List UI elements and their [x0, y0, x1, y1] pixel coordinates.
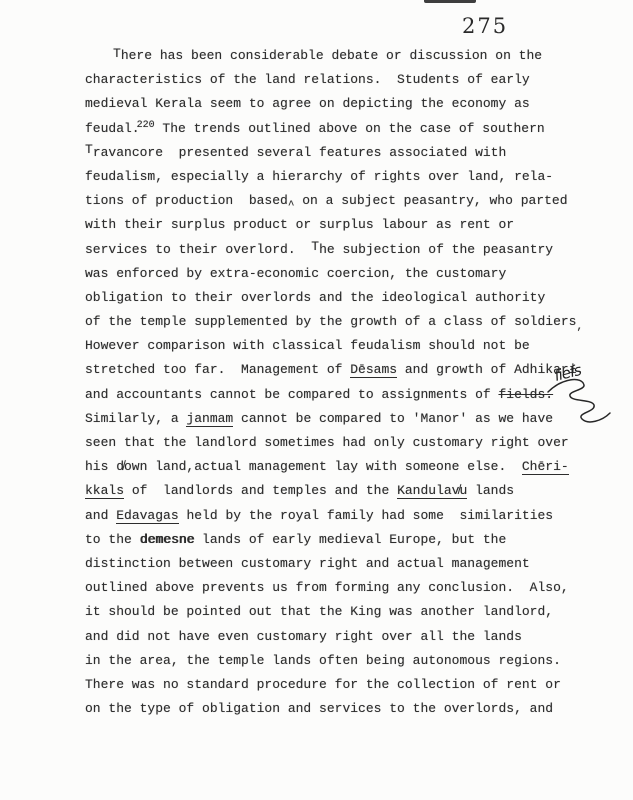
text-line: on the type of obligation and services t… [85, 697, 595, 721]
text-line: and Edavagas held by the royal family ha… [85, 504, 595, 528]
text-segment: distinction between customary right and … [85, 556, 530, 571]
text-line: However comparison with classical feudal… [85, 334, 595, 358]
text-segment: to the [85, 532, 140, 547]
text-segment-raise: T [85, 142, 93, 157]
text-segment-u: Edavagas [116, 508, 178, 524]
text-segment: However comparison with classical feudal… [85, 338, 530, 353]
text-segment: medieval Kerala seem to agree on depicti… [85, 96, 530, 111]
text-line: Travancore presented several features as… [85, 141, 595, 165]
text-segment: feudalism, especially a hierarchy of rig… [85, 169, 553, 184]
text-line: feudalism, especially a hierarchy of rig… [85, 165, 595, 189]
text-line: and did not have even customary right ov… [85, 625, 595, 649]
text-line: There has been considerable debate or di… [85, 44, 595, 68]
text-segment-raise: T [113, 46, 121, 61]
text-segment-raise: T [311, 239, 319, 254]
handwritten-correction: fiefs [538, 362, 628, 432]
text-line: seen that the landlord sometimes had onl… [85, 431, 595, 455]
text-segment-u: Kandulav̸u [397, 483, 467, 499]
text-segment-u: janmam [186, 411, 233, 427]
text-segment: and accountants cannot be compared to as… [85, 387, 498, 402]
text-line: in the area, the temple lands often bein… [85, 649, 595, 673]
text-segment-ov: demesne [140, 532, 195, 547]
text-segment: and [85, 508, 116, 523]
text-segment-u: Chēri- [522, 459, 569, 475]
text-segment-sup: 220 [137, 120, 155, 131]
text-segment: and did not have even customary right ov… [85, 629, 522, 644]
text-segment: it should be pointed out that the King w… [85, 604, 553, 619]
text-segment: of the temple supplemented by the growth… [85, 314, 576, 329]
scan-smudge-mark [424, 0, 476, 3]
text-segment: tions of production based [85, 193, 288, 208]
text-segment: on a subject peasantry, who parted [294, 193, 567, 208]
text-segment: here has been considerable debate or dis… [121, 48, 542, 63]
scanned-page: 275 There has been considerable debate o… [0, 0, 633, 800]
text-segment: was enforced by extra-economic coercion,… [85, 266, 506, 281]
text-line: obligation to their overlords and the id… [85, 286, 595, 310]
text-segment: stretched too far. Management of [85, 362, 350, 377]
text-segment: with their surplus product or surplus la… [85, 217, 514, 232]
text-line: outlined above prevents us from forming … [85, 576, 595, 600]
typewritten-text-block: There has been considerable debate or di… [85, 44, 595, 721]
text-segment: held by the royal family had some simila… [179, 508, 553, 523]
text-segment: he subjection of the peasantry [319, 242, 553, 257]
text-segment: lands [467, 483, 514, 498]
text-segment: The trends outlined above on the case of… [155, 121, 545, 136]
text-segment: seen that the landlord sometimes had onl… [85, 435, 569, 450]
text-segment-sub: , [576, 321, 583, 333]
text-segment: obligation to their overlords and the id… [85, 290, 545, 305]
text-segment: characteristics of the land relations. S… [85, 72, 530, 87]
text-segment: services to their overlord. [85, 242, 311, 257]
text-line: services to their overlord. The subjecti… [85, 238, 595, 262]
text-line: was enforced by extra-economic coercion,… [85, 262, 595, 286]
text-line: with their surplus product or surplus la… [85, 213, 595, 237]
text-line: Similarly, a janmam cannot be compared t… [85, 407, 595, 431]
text-segment: lands of early medieval Europe, but the [194, 532, 506, 547]
text-segment: There was no standard procedure for the … [85, 677, 561, 692]
text-line: distinction between customary right and … [85, 552, 595, 576]
text-segment-u: kkals [85, 483, 124, 499]
text-segment: ravancore presented several features ass… [93, 145, 506, 160]
text-segment-sub: ^ [288, 200, 295, 212]
text-line: feudal.220 The trends outlined above on … [85, 117, 595, 141]
text-segment: his d̸own land,actual management lay wit… [85, 459, 522, 474]
text-line: it should be pointed out that the King w… [85, 600, 595, 624]
text-line: and accountants cannot be compared to as… [85, 383, 595, 407]
text-line: tions of production based^ on a subject … [85, 189, 595, 213]
text-line: to the demesne lands of early medieval E… [85, 528, 595, 552]
text-segment: in the area, the temple lands often bein… [85, 653, 561, 668]
text-segment: on the type of obligation and services t… [85, 701, 553, 716]
text-line: medieval Kerala seem to agree on depicti… [85, 92, 595, 116]
text-line: his d̸own land,actual management lay wit… [85, 455, 595, 479]
handwritten-squiggle-icon [544, 378, 616, 430]
text-line: There was no standard procedure for the … [85, 673, 595, 697]
text-line: kkals of landlords and temples and the K… [85, 479, 595, 503]
text-line: of the temple supplemented by the growth… [85, 310, 595, 334]
text-segment: Similarly, a [85, 411, 186, 426]
text-line: stretched too far. Management of Dēsams … [85, 358, 595, 382]
text-segment: outlined above prevents us from forming … [85, 580, 569, 595]
text-segment: of landlords and temples and the [124, 483, 397, 498]
text-line: characteristics of the land relations. S… [85, 68, 595, 92]
text-segment: feudal. [85, 121, 140, 136]
text-segment-u: Dēsams [350, 362, 397, 378]
text-segment: cannot be compared to 'Manor' as we have [233, 411, 553, 426]
page-number: 275 [462, 14, 508, 38]
